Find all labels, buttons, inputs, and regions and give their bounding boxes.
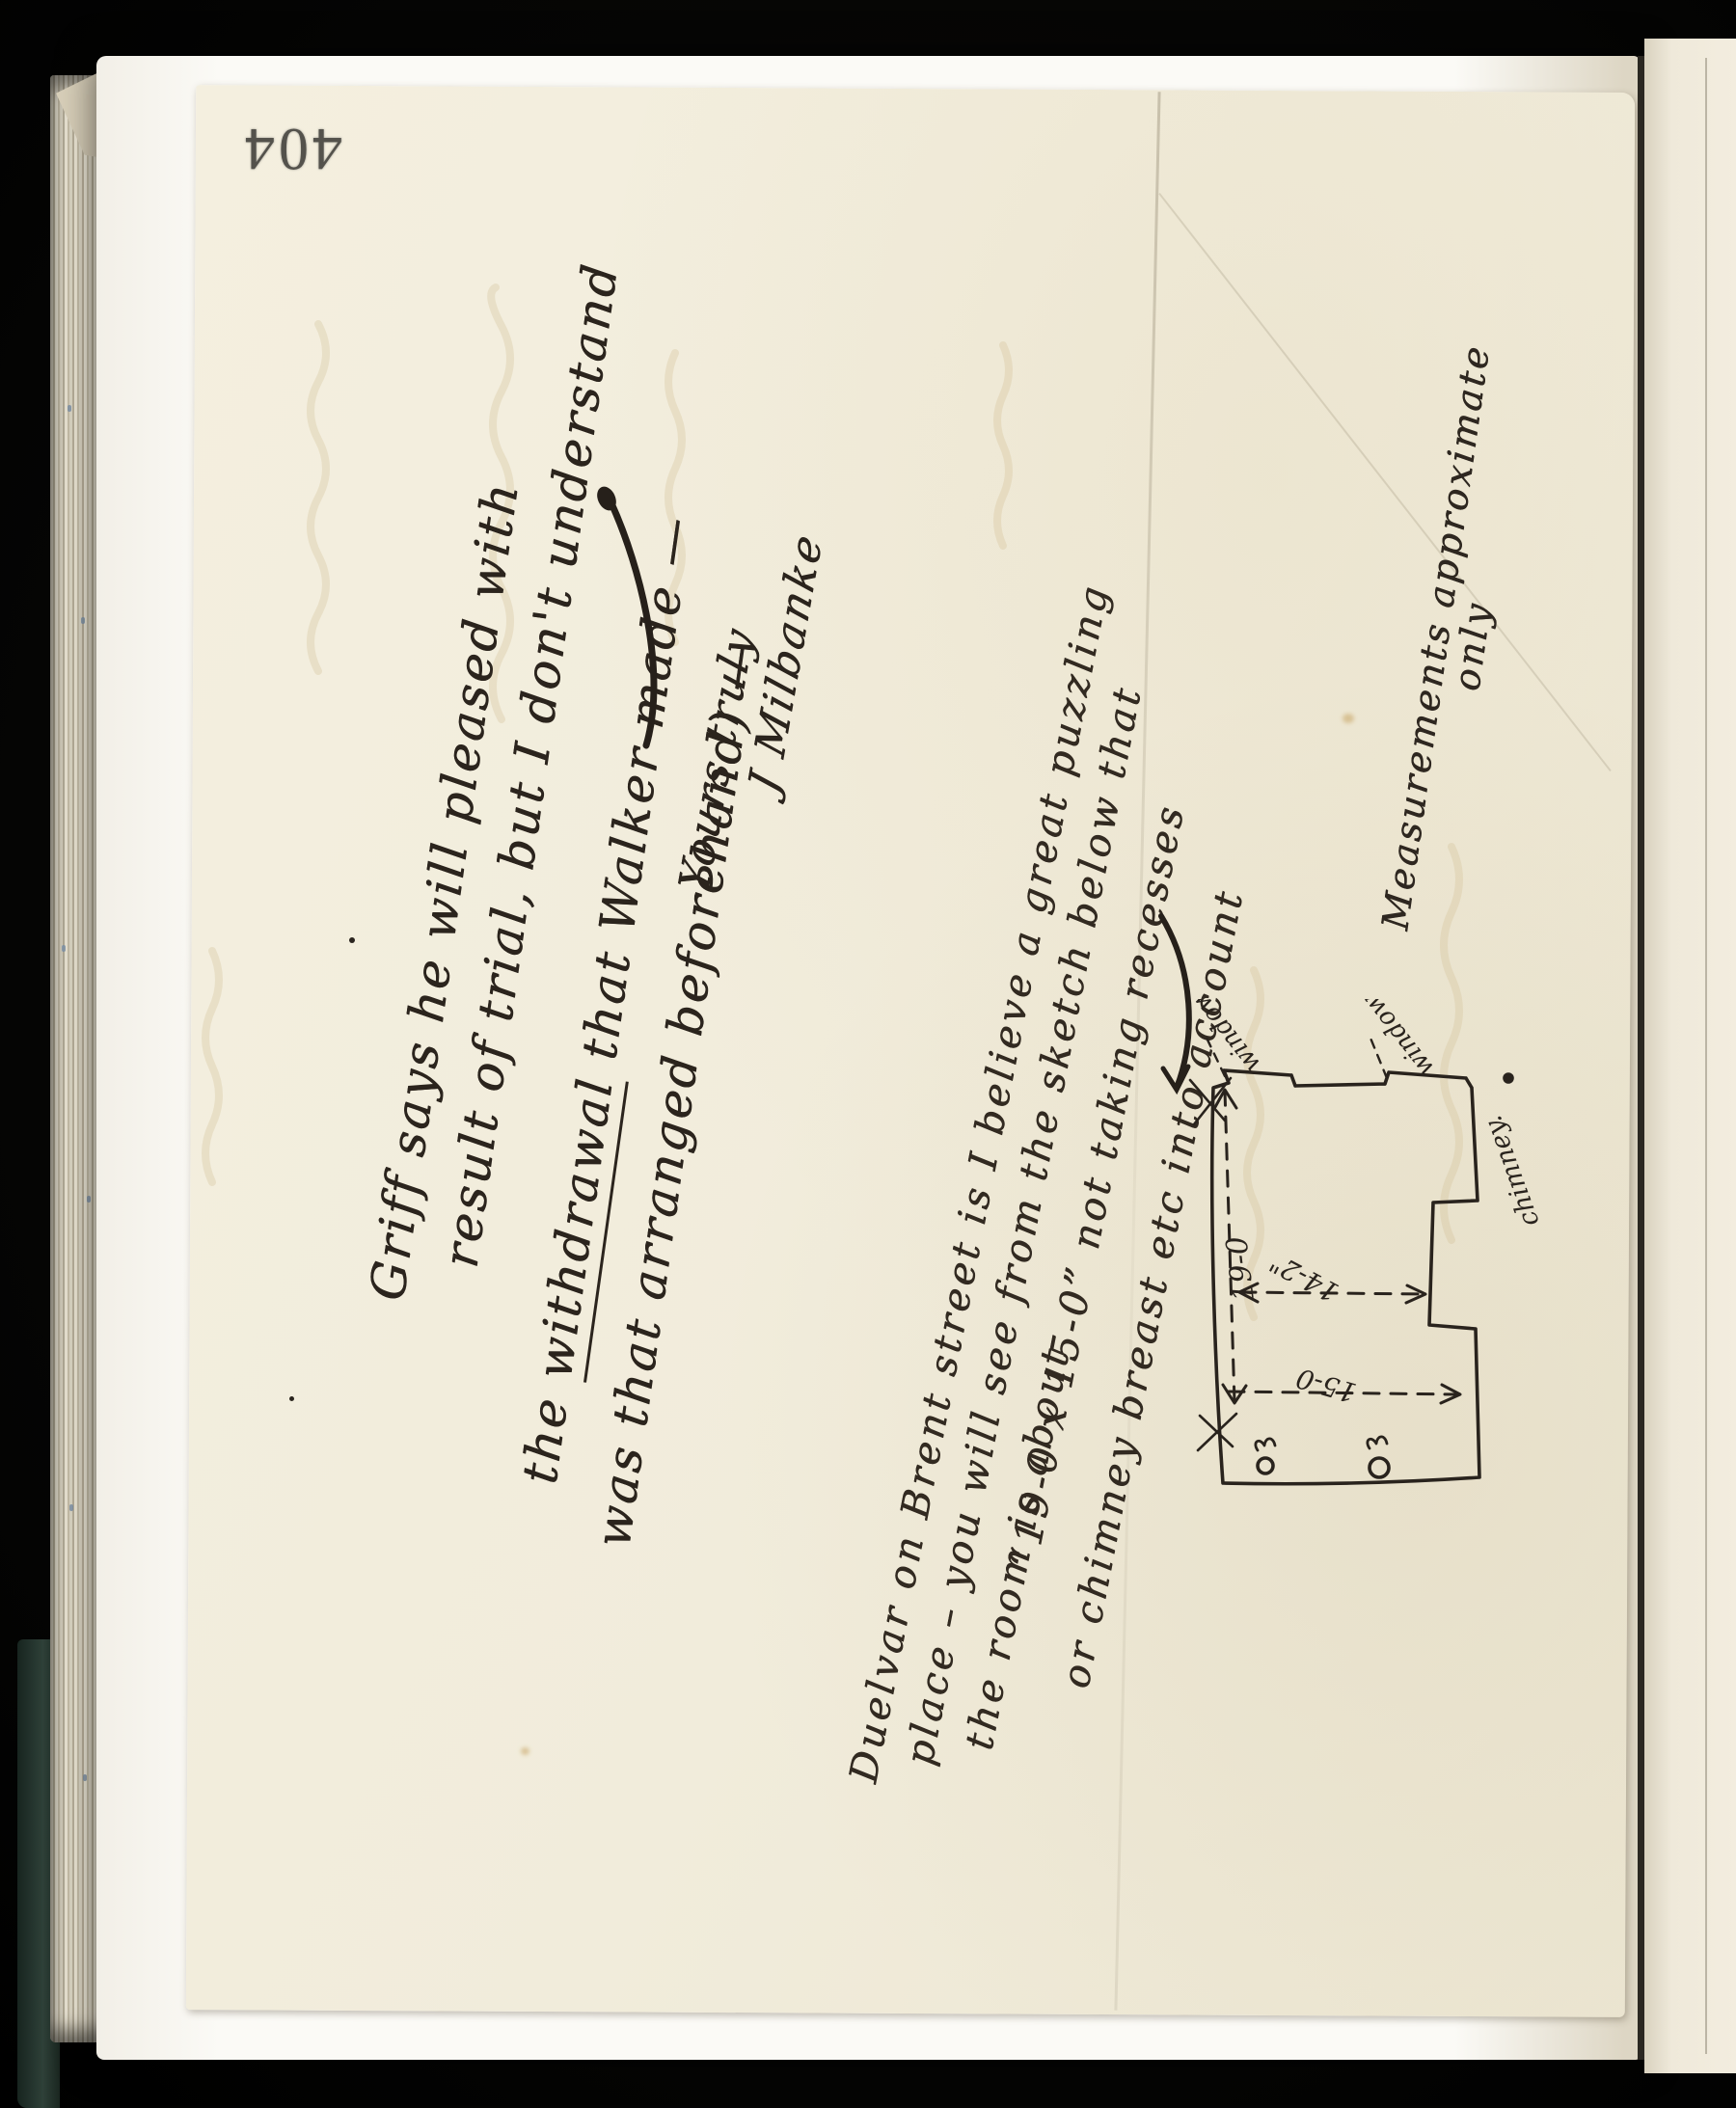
sketch-circle bbox=[1258, 1458, 1273, 1473]
dimension-label-19-0: 19-0 bbox=[1220, 1234, 1261, 1303]
dimension-label-14-2: 14-2" bbox=[1264, 1246, 1343, 1309]
room-plan-sketch: 19-0 14-2" 15-0 window window chimney. bbox=[1169, 999, 1574, 1529]
chimney-label: chimney. bbox=[1478, 1111, 1545, 1230]
dimension-label-15-0: 15-0 bbox=[1292, 1362, 1360, 1409]
scanned-book-page: 404 Griff says he will pleased with resu… bbox=[0, 0, 1736, 2108]
sketch-circle bbox=[1370, 1458, 1389, 1477]
window-label: window bbox=[1183, 999, 1266, 1078]
rotated-handwriting-layer: Griff says he will pleased with result o… bbox=[0, 0, 1736, 2108]
ink-arrow-flourish bbox=[571, 471, 687, 760]
window-label: window bbox=[1357, 999, 1440, 1082]
